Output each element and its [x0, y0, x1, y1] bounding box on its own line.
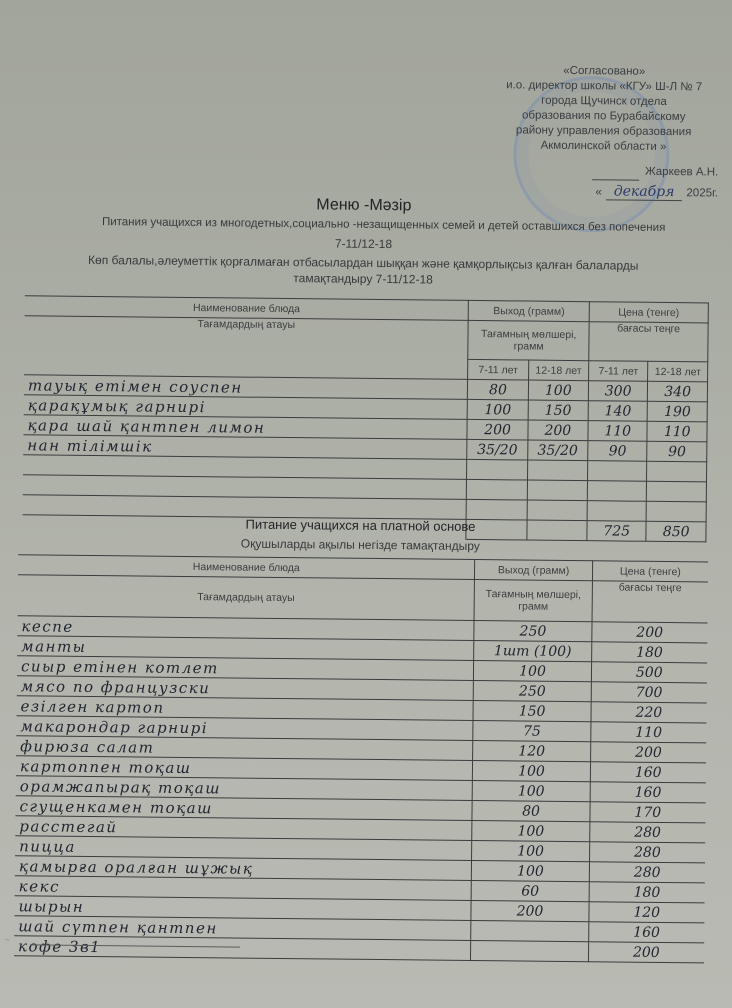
- age-groups-ru: 7-11/12-18: [0, 233, 730, 255]
- price: 180: [591, 642, 707, 663]
- yield: 100: [474, 661, 591, 682]
- col-name-kz: Тағамдардың атауы: [24, 316, 468, 380]
- price-12-18: [647, 501, 707, 522]
- col-price-kz: бағасы теңге: [589, 322, 708, 362]
- yield-7-11: 35/20: [467, 439, 528, 460]
- yield: 120: [473, 740, 590, 761]
- price-12-18: [647, 461, 707, 482]
- price: 220: [591, 702, 707, 723]
- yield: 250: [474, 680, 591, 701]
- yield: 80: [472, 800, 589, 821]
- signature: [592, 164, 639, 180]
- yield: 100: [472, 840, 589, 861]
- yield-12-18: [527, 480, 588, 501]
- age-col: 7-11 лет: [468, 359, 529, 380]
- yield: 100: [472, 820, 589, 841]
- yield-12-18: 35/20: [527, 440, 588, 461]
- yield: [471, 940, 588, 961]
- price: 280: [589, 822, 705, 843]
- price-12-18: 110: [647, 421, 707, 442]
- price-7-11: [587, 501, 647, 522]
- yield-7-11: [467, 479, 528, 500]
- col-yield-kz: Тағамның мөлшері, грамм: [474, 580, 592, 622]
- price-7-11: [587, 461, 647, 482]
- price: 160: [588, 922, 704, 943]
- price: 200: [588, 942, 704, 963]
- yield-12-18: [527, 500, 588, 521]
- col-yield-kz: Тағамның мөлшері, грамм: [468, 320, 589, 360]
- price: 500: [591, 662, 707, 683]
- price: 700: [591, 682, 707, 703]
- date-year: 2025г.: [686, 186, 718, 201]
- yield-12-18: [527, 460, 588, 481]
- price-7-11: 110: [588, 421, 648, 442]
- price: 280: [589, 842, 705, 863]
- price: 160: [590, 762, 706, 783]
- yield: 100: [473, 780, 590, 801]
- yield-7-11: [467, 459, 528, 480]
- yield-7-11: [466, 499, 527, 520]
- price: 280: [589, 862, 705, 883]
- price-12-18: 90: [647, 441, 707, 462]
- price-12-18: 190: [648, 401, 708, 422]
- col-price-ru: Цена (тенге): [592, 561, 708, 582]
- yield-7-11: 100: [468, 399, 529, 420]
- yield: 250: [474, 621, 591, 642]
- price: 200: [591, 622, 707, 643]
- price: 160: [590, 782, 706, 803]
- yield: [471, 920, 588, 941]
- signer-name: Жаркеев А.Н.: [645, 165, 718, 182]
- document-sheet: «Согласовано» и.о. директор школы «КГУ» …: [0, 0, 732, 1008]
- age-col: 12-18 лет: [528, 360, 589, 381]
- price-7-11: 140: [588, 401, 648, 422]
- col-yield-ru: Выход (грамм): [469, 300, 590, 321]
- yield: 150: [473, 700, 590, 721]
- yield-7-11: 200: [467, 419, 528, 440]
- approval-block: «Согласовано» и.о. директор школы «КГУ» …: [488, 63, 719, 201]
- price-12-18: [647, 481, 707, 502]
- price: 200: [590, 742, 706, 763]
- yield-12-18: 100: [528, 380, 589, 401]
- yield: 60: [472, 880, 589, 901]
- yield: 100: [473, 760, 590, 781]
- yield: 100: [472, 860, 589, 881]
- col-price-kz: бағасы теңге: [592, 581, 708, 623]
- price: 170: [590, 802, 706, 823]
- col-price-ru: Цена (тенге): [589, 302, 708, 323]
- approval-line: району управления образования: [489, 123, 719, 140]
- age-col: 7-11 лет: [589, 361, 649, 382]
- approval-line: Акмолинской области »: [488, 138, 718, 155]
- yield: 75: [473, 720, 590, 741]
- price-7-11: 300: [588, 381, 648, 402]
- yield-12-18: 200: [528, 420, 589, 441]
- yield-12-18: 150: [528, 400, 589, 421]
- col-name-kz: Тағамдардың атауы: [18, 575, 475, 621]
- yield: 200: [471, 900, 588, 921]
- price: 110: [590, 722, 706, 743]
- col-yield-ru: Выход (грамм): [475, 560, 592, 581]
- price-7-11: 90: [588, 441, 648, 462]
- paid-menu-table: Наименование блюда Выход (грамм) Цена (т…: [14, 554, 708, 963]
- price: 180: [589, 882, 705, 903]
- dish-name: кофе 3в1: [14, 936, 471, 961]
- approval-line: и.о. директор школы «КГУ» Ш-Л № 7: [489, 78, 719, 95]
- signature-line: Жаркеев А.Н.: [488, 163, 718, 181]
- date-quote: «: [595, 185, 602, 200]
- footer-mark: ~: [4, 935, 10, 946]
- free-menu-table: Наименование блюда Выход (грамм) Цена (т…: [22, 295, 708, 542]
- age-col: 12-18 лет: [648, 361, 708, 382]
- price: 120: [589, 902, 705, 923]
- yield: 1шт (100): [474, 641, 591, 662]
- price-7-11: [587, 481, 647, 502]
- yield-7-11: 80: [468, 379, 529, 400]
- price-12-18: 340: [648, 381, 708, 402]
